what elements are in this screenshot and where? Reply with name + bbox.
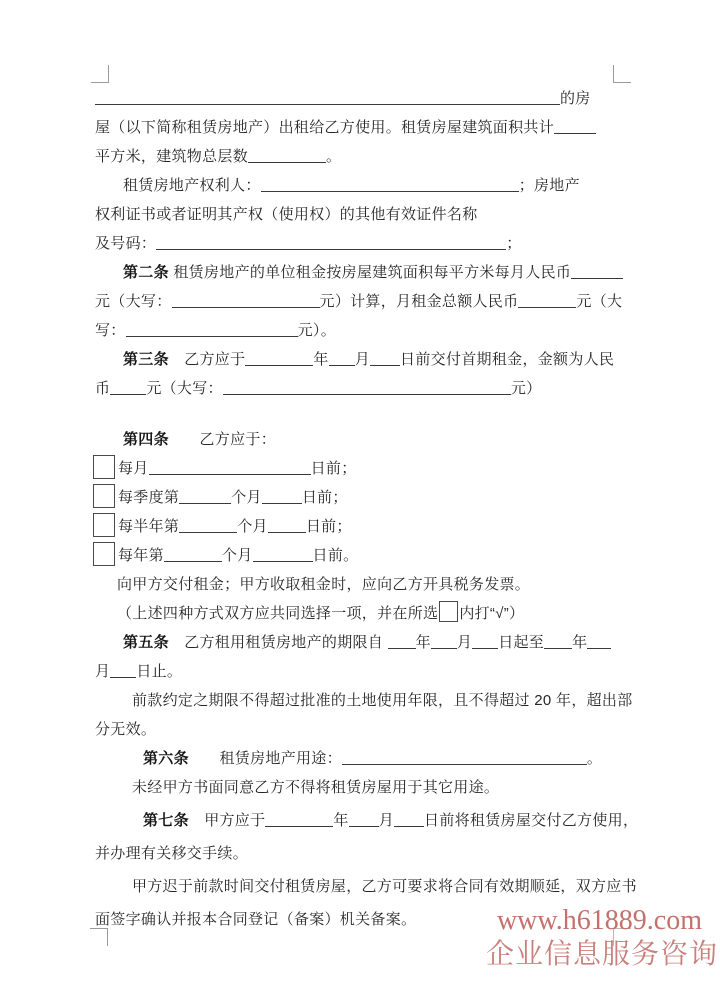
doc-line: 第四条 乙方应于： [95,425,632,454]
doc-text: 月 [379,812,394,829]
blank-underline [431,634,457,649]
clause-label: 第七条 [143,812,189,829]
blank-underline [262,489,302,504]
doc-text: 每季度第 [118,489,179,506]
blank-underline [164,547,222,562]
doc-text: 租赁房地产的单位租金按房屋建筑面积每平方米每月人民币 [169,264,571,281]
doc-text: 月 [95,663,110,680]
blank-underline [223,380,511,395]
blank-underline [370,351,400,366]
doc-text: 并办理有关移交手续。 [95,845,248,862]
doc-text: 元（大写： [95,293,172,310]
doc-text: 日前。 [313,547,359,564]
doc-line: 面签字确认并报本合同登记（备案）机关备案。 [95,905,632,934]
doc-text: ；房地产 [519,177,580,194]
doc-line: 第二条 租赁房地产的单位租金按房屋建筑面积每平方米每月人民币 [95,258,632,287]
clause-label: 第五条 [123,634,169,651]
doc-line: 第六条 租赁房地产用途：。 [95,744,632,773]
doc-text: 日前交付首期租金，金额为人民 [400,351,614,368]
doc-text: ； [506,235,521,252]
doc-line: 第三条 乙方应于年月日前交付首期租金，金额为人民 [95,345,632,374]
doc-line: 币元（大写：元） [95,374,632,403]
doc-text: 乙方应于 [169,351,246,368]
doc-line: 平方米，建筑物总层数。 [95,142,632,171]
doc-text: 个月 [237,518,268,535]
doc-text: 元）。 [298,322,336,339]
doc-text: 月 [457,634,472,651]
watermark-caption: 企业信息服务咨询 [418,937,718,972]
doc-text: 日前； [306,518,352,535]
doc-text: 元（大写： [146,380,223,397]
blank-underline [329,351,355,366]
doc-line: 元（大写：元）计算，月租金总额人民币元（大 [95,287,632,316]
doc-text: 乙方租用租赁房地产的期限自 [169,634,388,651]
doc-text: 个月 [231,489,262,506]
blank-underline [179,489,231,504]
doc-line: 每半年第个月日前； [95,512,632,541]
clause-label: 第三条 [123,351,169,368]
blank-underline [149,460,311,475]
doc-text: 甲方应于 [189,812,266,829]
doc-text: 乙方应于： [169,431,276,448]
doc-line: 甲方迟于前款时间交付租赁房屋，乙方可要求将合同有效期顺延，双方应书 [95,872,632,901]
doc-text: 每半年第 [118,518,179,535]
blank-underline [472,634,498,649]
blank-underline [571,264,623,279]
blank-underline [95,90,560,105]
doc-text: 日起至 [498,634,544,651]
doc-text: 向甲方交付租金；甲方收取租金时，应向乙方开具税务发票。 [117,576,530,593]
blank-underline [544,634,572,649]
clause-label: 第二条 [123,264,169,281]
doc-line: 及号码：； [95,229,632,258]
blank-underline [394,812,424,827]
doc-text: 权利证书或者证明其产权（使用权）的其他有效证件名称 [95,206,478,223]
doc-line: 并办理有关移交手续。 [95,839,632,868]
doc-text: 元（大 [576,293,622,310]
doc-text: 每年第 [118,547,164,564]
blank-underline [554,119,596,134]
blank-underline [261,177,519,192]
doc-text: 年 [313,351,328,368]
doc-line: 写：元）。 [95,316,632,345]
doc-line: 每季度第个月日前； [95,483,632,512]
doc-text: 写： [95,322,126,339]
doc-text: 年 [333,812,348,829]
doc-text: 日前； [302,489,348,506]
doc-line: 每年第个月日前。 [95,541,632,570]
doc-text: 租赁房地产用途： [189,750,342,767]
doc-line: 未经甲方书面同意乙方不得将租赁房屋用于其它用途。 [95,773,632,802]
blank-underline [388,634,416,649]
text-boundary-mark-top-left [91,65,109,83]
doc-text: 的房 [560,90,591,107]
blank-underline [248,148,326,163]
document-page: 的房屋（以下简称租赁房地产）出租给乙方使用。租赁房屋建筑面积共计平方米，建筑物总… [0,0,720,1002]
doc-text: 甲方迟于前款时间交付租赁房屋，乙方可要求将合同有效期顺延，双方应书 [132,878,637,895]
doc-line: 的房 [95,84,632,113]
doc-line: 屋（以下简称租赁房地产）出租给乙方使用。租赁房屋建筑面积共计 [95,113,632,142]
doc-text: 元）计算，月租金总额人民币 [320,293,519,310]
blank-underline [110,663,136,678]
doc-line: 第五条 乙方租用租赁房地产的期限自 年月日起至年 [95,628,632,657]
blank-underline [342,750,587,765]
doc-text: 未经甲方书面同意乙方不得将租赁房屋用于其它用途。 [132,779,499,796]
doc-text: 年 [572,634,587,651]
checkbox-icon[interactable] [93,513,115,537]
doc-text: 日止。 [136,663,182,680]
doc-text: （上述四种方式双方应共同选择一项，并在所选 [117,605,438,622]
checkbox-icon[interactable] [93,455,115,479]
doc-line: 向甲方交付租金；甲方收取租金时，应向乙方开具税务发票。 [95,570,632,599]
doc-line: 前款约定之期限不得超过批准的土地使用年限，且不得超过 20 年，超出部 [95,686,632,715]
doc-line: 租赁房地产权利人：；房地产 [95,171,632,200]
doc-text: 元） [511,380,542,397]
clause-label: 第四条 [123,431,169,448]
doc-text: 币 [95,380,110,397]
doc-line: （上述四种方式双方应共同选择一项，并在所选内打“√”） [95,599,632,628]
doc-text: 日前将租赁房屋交付乙方使用， [424,812,638,829]
doc-text: 。 [326,148,341,165]
contract-body: 的房屋（以下简称租赁房地产）出租给乙方使用。租赁房屋建筑面积共计平方米，建筑物总… [95,84,632,934]
blank-underline [587,634,611,649]
doc-line: 第七条 甲方应于年月日前将租赁房屋交付乙方使用， [95,806,632,835]
doc-line: 分无效。 [95,715,632,744]
checkbox-icon[interactable] [93,484,115,508]
doc-text: 屋（以下简称租赁房地产）出租给乙方使用。租赁房屋建筑面积共计 [95,119,554,136]
blank-underline [268,518,306,533]
doc-text: 租赁房地产权利人： [123,177,261,194]
blank-underline [349,812,379,827]
doc-line: 月日止。 [95,657,632,686]
doc-text: 面签字确认并报本合同登记（备案）机关备案。 [95,911,416,928]
text-boundary-mark-top-right [613,65,631,83]
blank-underline [265,812,333,827]
doc-text: 月 [355,351,370,368]
doc-text: 分无效。 [95,721,156,738]
blank-underline [245,351,313,366]
blank-underline [110,380,146,395]
checkbox-icon[interactable] [93,542,115,566]
blank-underline [179,518,237,533]
blank-underline [518,293,576,308]
doc-line: 每月日前； [95,454,632,483]
doc-text: 每月 [118,460,149,477]
blank-underline [126,322,298,337]
doc-text: 个月 [222,547,253,564]
doc-text: 平方米，建筑物总层数 [95,148,248,165]
doc-line: 权利证书或者证明其产权（使用权）的其他有效证件名称 [95,200,632,229]
checkbox-icon[interactable] [439,601,458,622]
doc-text: 。 [587,750,602,767]
doc-text: 内打“√”） [459,605,524,622]
doc-text: 及号码： [95,235,156,252]
doc-text: 年 [416,634,431,651]
blank-underline [172,293,320,308]
blank-underline [253,547,313,562]
doc-text: 前款约定之期限不得超过批准的土地使用年限，且不得超过 20 年，超出部 [132,692,633,709]
blank-underline [156,235,506,250]
doc-text: 日前； [311,460,357,477]
clause-label: 第六条 [143,750,189,767]
